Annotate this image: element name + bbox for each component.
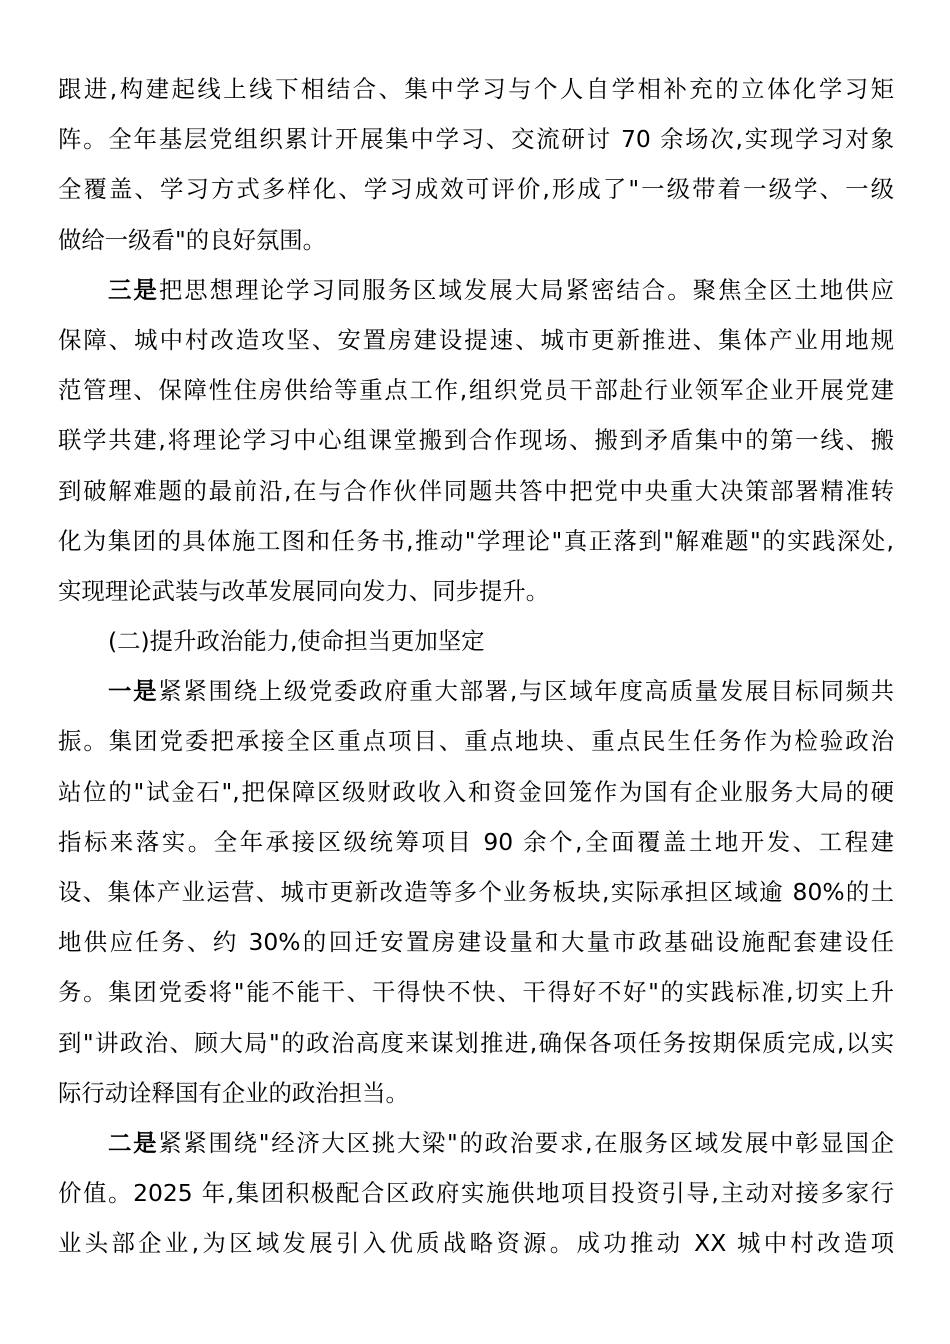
document-page: 跟进,构建起线上线下相结合、集中学习与个人自学相补充的立体化学习矩 阵。全年基层… (58, 64, 894, 1269)
text-line: 保障、城中村改造攻坚、安置房建设提速、城市更新推进、集体产业用地规 (58, 315, 894, 365)
text-line: 阵。全年基层党组织累计开展集中学习、交流研讨 70 余场次,实现学习对象 (58, 114, 894, 164)
text-span: 把思想理论学习同服务区域发展大局紧密结合。聚焦全区土地供应 (159, 276, 894, 304)
text-line: 到"讲政治、顾大局"的政治高度来谋划推进,确保各项任务按期保质完成,以实 (58, 1018, 894, 1068)
text-line: 做给一级看"的良好氛围。 (58, 215, 894, 265)
text-line: 实现理论武装与改革发展同向发力、同步提升。 (58, 566, 894, 616)
text-span: 紧紧围绕"经济大区挑大梁"的政治要求,在服务区域发展中彰显国企 (158, 1129, 894, 1157)
text-line: 务。集团党委将"能不能干、干得快不快、干得好不好"的实践标准,切实上升 (58, 967, 894, 1017)
text-line: 站位的"试金石",把保障区级财政收入和资金回笼作为国有企业服务大局的硬 (58, 767, 894, 817)
text-line: 全覆盖、学习方式多样化、学习成效可评价,形成了"一级带着一级学、一级 (58, 164, 894, 214)
text-line: 跟进,构建起线上线下相结合、集中学习与个人自学相补充的立体化学习矩 (58, 64, 894, 114)
paragraph-first-point: 一是紧紧围绕上级党委政府重大部署,与区域年度高质量发展目标同频共 振。集团党委把… (58, 666, 894, 1118)
paragraph-third-point: 三是把思想理论学习同服务区域发展大局紧密结合。聚焦全区土地供应 保障、城中村改造… (58, 265, 894, 616)
paragraph-second-point: 二是紧紧围绕"经济大区挑大梁"的政治要求,在服务区域发展中彰显国企 价值。202… (58, 1118, 894, 1269)
text-line: 二是紧紧围绕"经济大区挑大梁"的政治要求,在服务区域发展中彰显国企 (58, 1118, 894, 1168)
point-lead-label: 三是 (108, 276, 159, 304)
text-line: 化为集团的具体施工图和任务书,推动"学理论"真正落到"解难题"的实践深处, (58, 516, 894, 566)
text-line: 地供应任务、约 30%的回迁安置房建设量和大量市政基础设施配套建设任 (58, 917, 894, 967)
text-span: 紧紧围绕上级党委政府重大部署,与区域年度高质量发展目标同频共 (158, 677, 894, 705)
text-line: 价值。2025 年,集团积极配合区政府实施供地项目投资引导,主动对接多家行 (58, 1168, 894, 1218)
text-line: 范管理、保障性住房供给等重点工作,组织党员干部赴行业领军企业开展党建 (58, 365, 894, 415)
text-line: 际行动诠释国有企业的政治担当。 (58, 1068, 894, 1118)
section-heading: (二)提升政治能力,使命担当更加坚定 (58, 616, 894, 666)
text-line: 设、集体产业运营、城市更新改造等多个业务板块,实际承担区域逾 80%的土 (58, 867, 894, 917)
point-lead-label: 一是 (108, 677, 158, 705)
text-line: 联学共建,将理论学习中心组课堂搬到合作现场、搬到矛盾集中的第一线、搬 (58, 415, 894, 465)
paragraph-study-matrix: 跟进,构建起线上线下相结合、集中学习与个人自学相补充的立体化学习矩 阵。全年基层… (58, 64, 894, 265)
text-line: 到破解难题的最前沿,在与合作伙伴同题共答中把党中央重大决策部署精准转 (58, 466, 894, 516)
point-lead-label: 二是 (108, 1129, 158, 1157)
text-line: 振。集团党委把承接全区重点项目、重点地块、重点民生任务作为检验政治 (58, 716, 894, 766)
text-line: 指标来落实。全年承接区级统筹项目 90 余个,全面覆盖土地开发、工程建 (58, 817, 894, 867)
text-line: 三是把思想理论学习同服务区域发展大局紧密结合。聚焦全区土地供应 (58, 265, 894, 315)
text-line: 业头部企业,为区域发展引入优质战略资源。成功推动 XX 城中村改造项 (58, 1218, 894, 1268)
text-line: 一是紧紧围绕上级党委政府重大部署,与区域年度高质量发展目标同频共 (58, 666, 894, 716)
